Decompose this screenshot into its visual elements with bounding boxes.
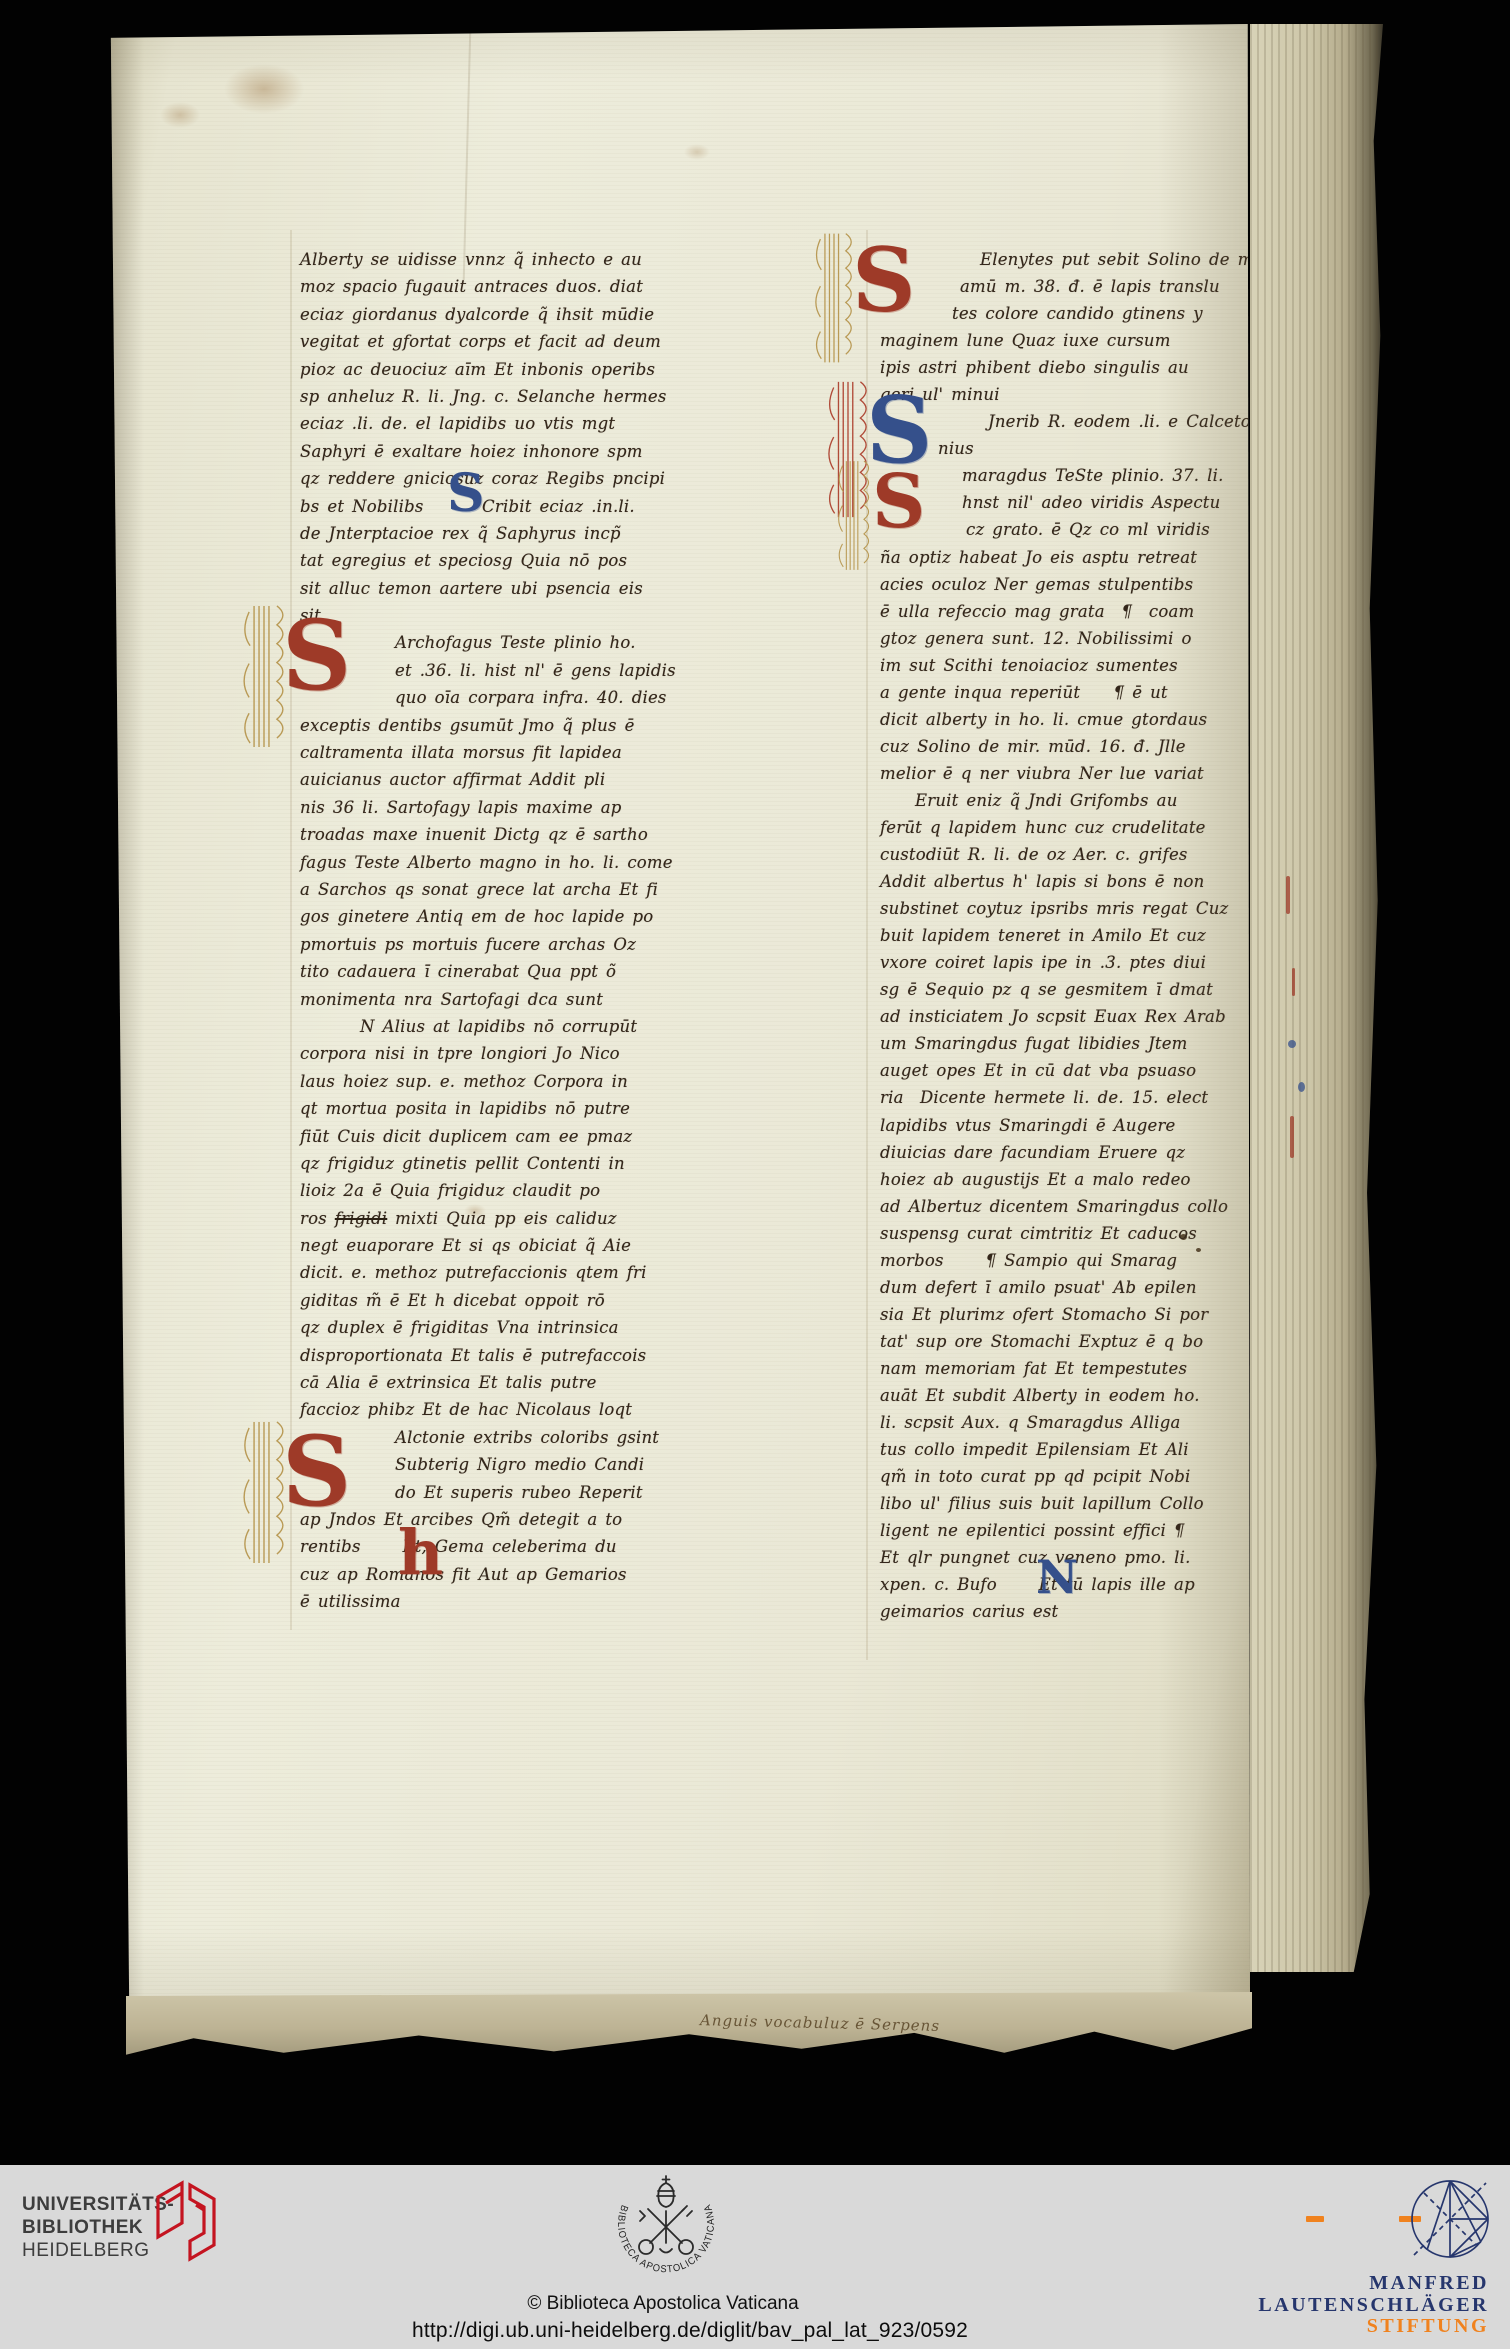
mls-line1: MANFRED: [1258, 2273, 1489, 2295]
manuscript-line: hoiez ab augustijs Et a malo redeo: [880, 1166, 1267, 1193]
manuscript-line: tus collo impedit Epilensiam Et Ali: [880, 1436, 1267, 1463]
manuscript-line: ap Jndos Et arcibes Qm̃ detegit a to: [300, 1506, 676, 1533]
manuscript-line: morbos ¶ Sampio qui Smarag: [880, 1247, 1267, 1274]
manuscript-line: acies oculoz Ner gemas stulpentibs: [880, 571, 1267, 598]
manuscript-line: dum defert ī amilo psuat' Ab epilen: [880, 1274, 1267, 1301]
manuscript-line: gtoz genera sunt. 12. Nobilissimi o: [880, 625, 1267, 652]
manuscript-line: troadas maxe inuenit Dictg qz ē sartho: [300, 821, 676, 848]
mls-orange-dash: [1306, 2216, 1324, 2222]
manuscript-page: Alberty se uidisse vnnz q̃ inhecto e aum…: [104, 24, 1250, 2006]
edge-rubric-mark: [1286, 876, 1290, 914]
initial-letter: S: [447, 463, 485, 524]
manuscript-line: tat egregius et speciosg Quia nō pos: [300, 547, 676, 574]
copyright-line: © Biblioteca Apostolica Vaticana: [527, 2293, 798, 2315]
manuscript-line: lapidibs vtus Smaringdi ē Augere: [880, 1112, 1267, 1139]
ink-speck: [1180, 1234, 1187, 1240]
decorated-initial-left-s-alctonie: S: [282, 1428, 351, 1516]
manuscript-line: libo ul' filius suis buit lapillum Collo: [880, 1490, 1267, 1517]
manuscript-line: Saphyri ē exaltare hoiez inhonore spm: [300, 438, 676, 465]
manuscript-line: bs et Nobilibs Cribit eciaz .in.li.: [300, 493, 676, 520]
ub-heidelberg-logo-icon: [146, 2177, 224, 2267]
manuscript-line: rentibs Et, Gema celeberima du: [300, 1533, 676, 1560]
manuscript-line: diuicias dare facundiam Eruere qz: [880, 1139, 1267, 1166]
manuscript-line: Eruit eniz q̃ Jndi Grifombs au: [880, 787, 1267, 814]
manuscript-line: et .36. li. hist nl' ē gens lapidis: [300, 657, 676, 684]
manuscript-line: sit: [300, 602, 676, 629]
manuscript-line: ligent ne epilentici possint effici ¶: [880, 1517, 1267, 1544]
manuscript-line: giditas m̃ ē Et h dicebat oppoit rō: [300, 1287, 676, 1314]
manuscript-line: Addit albertus h' lapis si bons ē non: [880, 868, 1267, 895]
manuscript-line: pmortuis ps mortuis fucere archas Oz: [300, 931, 676, 958]
manuscript-line: ña optiz habeat Jo eis asptu retreat: [880, 544, 1267, 571]
parchment-stain: [684, 144, 710, 160]
manuscript-line: melior ē q ner viubra Ner lue variat: [880, 760, 1267, 787]
manuscript-line: ē ulla refeccio mag grata ¶ coam: [880, 598, 1267, 625]
manuscript-line: qz reddere gniciosuz coraz Regibs pncipi: [300, 465, 676, 492]
manuscript-line: vxore coiret lapis ipe in .3. ptes diui: [880, 949, 1267, 976]
manuscript-line: li. scpsit Aux. q Smaragdus Alliga: [880, 1409, 1267, 1436]
manuscript-line: qz duplex ē frigiditas Vna intrinsica: [300, 1314, 676, 1341]
manuscript-line: im sut Scithi tenoiacioz sumentes: [880, 652, 1267, 679]
edge-rubric-mark: [1290, 1116, 1294, 1158]
pen-flourish-icon: [242, 1418, 286, 1567]
ink-speck: [1196, 1248, 1201, 1252]
manuscript-line: substinet coytuz ipsribs mris regat Cuz: [880, 895, 1267, 922]
manuscript-line: Jnerib R. eodem .li. e Calceto: [880, 408, 1267, 435]
manuscript-line: ē utilissima: [300, 1588, 676, 1615]
pen-flourish-icon: [242, 602, 286, 751]
decorated-initial-left-h-hec: h: [398, 1524, 443, 1581]
manuscript-line: tito cadauera ī cinerabat Qua ppt õ: [300, 958, 676, 985]
manuscript-line: Subterig Nigro medio Candi: [300, 1451, 676, 1478]
parchment-stain: [464, 1204, 486, 1218]
manuscript-line: auget opes Et in cū dat vba psuaso: [880, 1057, 1267, 1084]
mls-line2: LAUTENSCHLÄGER: [1258, 2295, 1489, 2317]
lautenschlaeger-foundation-logo-icon: [1408, 2177, 1492, 2261]
parchment-stain: [160, 102, 200, 128]
manuscript-line: laus hoiez sup. e. methoz Corpora in: [300, 1068, 676, 1095]
manuscript-line: de Jnterptacioe rex q̃ Saphyrus incp̃: [300, 520, 676, 547]
manuscript-line: Alctonie extribs coloribs gsint: [300, 1424, 676, 1451]
manuscript-line: ros frigidi mixti Quia pp eis caliduz: [300, 1205, 676, 1232]
manuscript-line: cā Alia ē extrinsica Et talis putre: [300, 1369, 676, 1396]
decorated-initial-right-n-net: N: [1036, 1556, 1078, 1598]
manuscript-line: eciaz .li. de. el lapidibs uo vtis mgt: [300, 410, 676, 437]
manuscript-line: nam memoriam fat Et tempestutes: [880, 1355, 1267, 1382]
vatican-library-seal-icon: BIBLIOTECA APOSTOLICA VATICANA: [602, 2169, 730, 2297]
manuscript-line: tat' sup ore Stomachi Exptuz ē q bo: [880, 1328, 1267, 1355]
manuscript-line: ferūt q lapidem hunc cuz crudelitate: [880, 814, 1267, 841]
manuscript-line: maginem lune Quaz iuxe cursum: [880, 327, 1267, 354]
manuscript-line: gos ginetere Antiq em de hoc lapide po: [300, 903, 676, 930]
text-column-left: Alberty se uidisse vnnz q̃ inhecto e aum…: [300, 246, 676, 1616]
manuscript-line: cz grato. ē Qz co ml viridis: [880, 516, 1267, 543]
decorated-initial-left-s-scribit: S: [447, 470, 485, 518]
source-url: http://digi.ub.uni-heidelberg.de/diglit/…: [412, 2319, 968, 2343]
pen-flourish-icon: [826, 378, 870, 521]
manuscript-line: sg ē Sequio pz q se gesmitem ī dmat: [880, 976, 1267, 1003]
manuscript-line: dicit. e. methoz putrefaccionis qtem fri: [300, 1259, 676, 1286]
manuscript-line: caltramenta illata morsus fit lapidea: [300, 739, 676, 766]
manuscript-line: dicit alberty in ho. li. cmue gtordaus: [880, 706, 1267, 733]
manuscript-line: lioiz 2a ē Quia frigiduz claudit po: [300, 1177, 676, 1204]
manuscript-line: cuz Solino de mir. mūd. 16. đ. Jlle: [880, 733, 1267, 760]
manuscript-line: auicianus auctor affirmat Addit pli: [300, 766, 676, 793]
manuscript-line: do Et superis rubeo Reperit: [300, 1479, 676, 1506]
decorated-initial-right-s-selenytes: S: [852, 240, 916, 321]
manuscript-line: monimenta nra Sartofagi dca sunt: [300, 986, 676, 1013]
manuscript-line: eciaz giordanus dyalcorde q̃ ihsit mūdie: [300, 301, 676, 328]
marginal-inscription: Anguis vocabuluz ē Serpens: [700, 2011, 940, 2035]
manuscript-line: nius: [880, 435, 1267, 462]
decorated-initial-right-s-smaragdus: S: [872, 468, 925, 536]
manuscript-line: cuz ap Romanos fit Aut ap Gemarios: [300, 1561, 676, 1588]
manuscript-line: buit lapidem teneret in Amilo Et cuz: [880, 922, 1267, 949]
manuscript-line: fiūt Cuis dicit duplicem cam ee pmaz: [300, 1123, 676, 1150]
mls-line3: STIFTUNG: [1258, 2316, 1489, 2338]
manuscript-line: auāt Et subdit Alberty in eodem ho.: [880, 1382, 1267, 1409]
manuscript-line: sia Et plurimz ofert Stomacho Si por: [880, 1301, 1267, 1328]
manuscript-line: nis 36 li. Sartofagy lapis maxime ap: [300, 794, 676, 821]
manuscript-line: um Smaringdus fugat libidies Jtem: [880, 1030, 1267, 1057]
manuscript-line: disproportionata Et talis ē putrefaccois: [300, 1342, 676, 1369]
text-column-right: Elenytes put sebit Solino de miramū m. 3…: [880, 246, 1267, 1625]
manuscript-line: Elenytes put sebit Solino de mir: [880, 246, 1267, 273]
foundation-wordmark: MANFRED LAUTENSCHLÄGER STIFTUNG: [1258, 2273, 1489, 2338]
initial-letter: S: [872, 459, 925, 545]
initial-letter: S: [282, 599, 351, 712]
manuscript-line: negt euaporare Et si qs obiciat q̃ Aie: [300, 1232, 676, 1259]
manuscript-line: qt mortua posita in lapidibs nō putre: [300, 1095, 676, 1122]
manuscript-line: geri ul' minui: [880, 381, 1267, 408]
edge-blue-mark: [1288, 1040, 1296, 1048]
page-bottom-edge: Anguis vocabuluz ē Serpens: [126, 1992, 1252, 2058]
manuscript-line: fagus Teste Alberto magno in ho. li. com…: [300, 849, 676, 876]
scan-background: Alberty se uidisse vnnz q̃ inhecto e aum…: [0, 0, 1510, 2349]
initial-letter: S: [852, 228, 916, 332]
manuscript-line: a gente inqua reperiūt ¶ ē ut: [880, 679, 1267, 706]
manuscript-line: sp anheluz R. li. Jng. c. Selanche herme…: [300, 383, 676, 410]
manuscript-line: quo oīa corpara infra. 40. dies: [300, 684, 676, 711]
book-fore-edge: [1250, 24, 1383, 1972]
manuscript-line: amū m. 38. đ. ē lapis translu: [880, 273, 1267, 300]
initial-letter: h: [398, 1516, 443, 1589]
parchment-crease: [463, 30, 472, 280]
manuscript-line: vegitat et gfortat corps et facit ad deu…: [300, 328, 676, 355]
manuscript-line: faccioz phibz Et de hac Nicolaus loqt: [300, 1396, 676, 1423]
manuscript-line: sit alluc temon aartere ubi psencia eis: [300, 575, 676, 602]
edge-blue-mark: [1298, 1082, 1305, 1092]
pen-flourish-icon: [812, 230, 856, 366]
initial-letter: S: [282, 1415, 351, 1528]
manuscript-line: ipis astri phibent diebo singulis au: [880, 354, 1267, 381]
manuscript-line: maragdus TeSte plinio. 37. li.: [880, 462, 1267, 489]
manuscript-line: corpora nisi in tpre longiori Jo Nico: [300, 1040, 676, 1067]
manuscript-line: suspensg curat cimtritiz Et caducos: [880, 1220, 1267, 1247]
manuscript-line: ad Albertuz dicentem Smaringdus collo: [880, 1193, 1267, 1220]
manuscript-line: ad insticiatem Jo scpsit Euax Rex Arab: [880, 1003, 1267, 1030]
manuscript-line: Archofagus Teste plinio ho.: [300, 629, 676, 656]
manuscript-line: custodiūt R. li. de oz Aer. c. grifes: [880, 841, 1267, 868]
manuscript-line: pioz ac deuociuz aīm Et inbonis operibs: [300, 356, 676, 383]
manuscript-line: qz frigiduz gtinetis pellit Contenti in: [300, 1150, 676, 1177]
footer-bar: UNIVERSITÄTS- BIBLIOTHEK HEIDELBERG: [0, 2165, 1510, 2349]
manuscript-line: exceptis dentibs gsumūt Jmo q̃ plus ē: [300, 712, 676, 739]
manuscript-line: tes colore candido gtinens y: [880, 300, 1267, 327]
decorated-initial-left-s-sarchofagus: S: [282, 612, 351, 700]
manuscript-line: ria Dicente hermete li. de. 15. elect: [880, 1084, 1267, 1111]
manuscript-line: moz spacio fugauit antraces duos. diat: [300, 273, 676, 300]
manuscript-line: hnst nil' adeo viridis Aspectu: [880, 489, 1267, 516]
parchment-stain: [224, 64, 304, 114]
manuscript-line: qm̃ in toto curat pp qd pcipit Nobi: [880, 1463, 1267, 1490]
manuscript-line: Alberty se uidisse vnnz q̃ inhecto e au: [300, 246, 676, 273]
edge-rubric-mark: [1292, 968, 1295, 996]
manuscript-line: N Alius at lapidibs nō corrupūt: [300, 1013, 676, 1040]
manuscript-line: a Sarchos qs sonat grece lat archa Et fi: [300, 876, 676, 903]
initial-letter: N: [1036, 1550, 1078, 1604]
